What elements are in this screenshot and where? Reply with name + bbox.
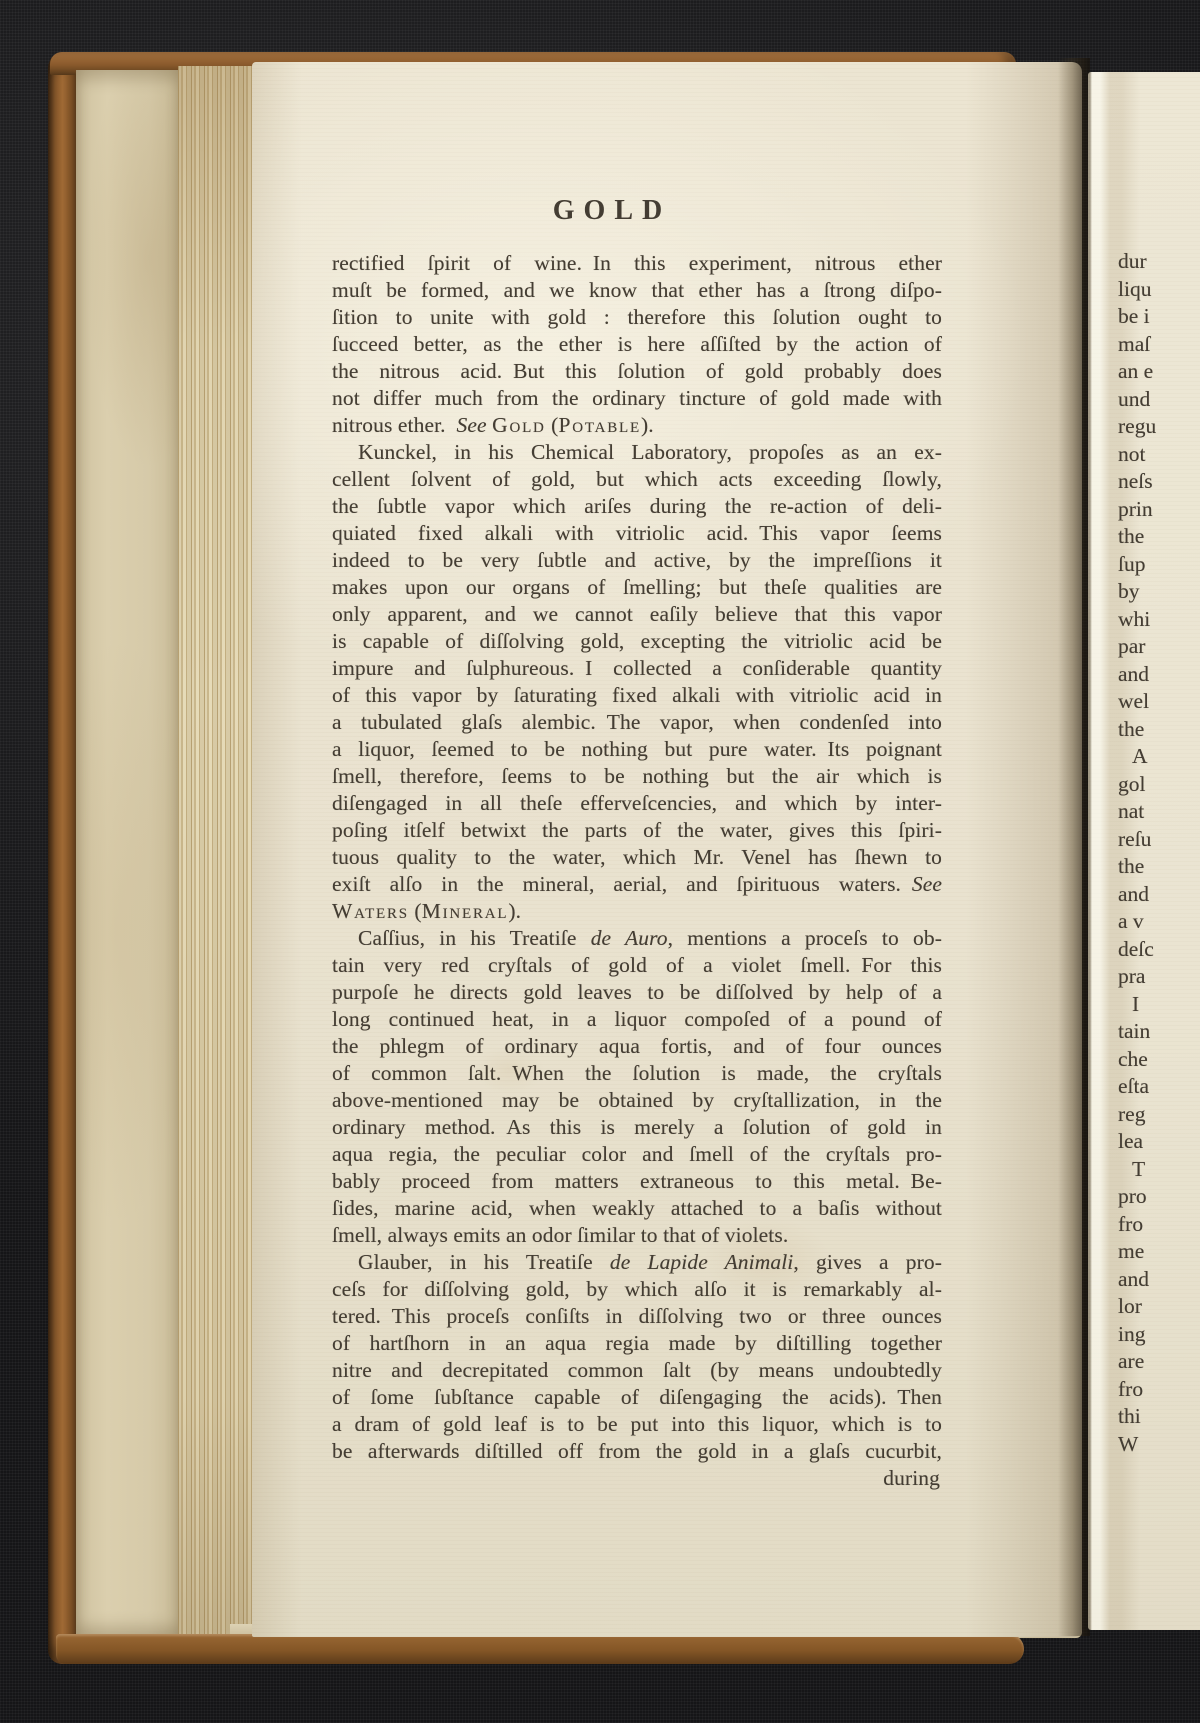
right-page-text-line: a v [1118, 908, 1200, 936]
right-page-text-line: fro [1118, 1376, 1200, 1404]
right-page-text-line: ſup [1118, 551, 1200, 579]
text-line: ceſs for diſſolving gold, by which alſo … [332, 1276, 942, 1303]
right-page-text-line: are [1118, 1348, 1200, 1376]
text-line: poſing itſelf betwixt the parts of the w… [332, 817, 942, 844]
text-line: of this vapor by ſaturating fixed alkali… [332, 682, 942, 709]
right-page-text-line: pro [1118, 1183, 1200, 1211]
text-line: cellent ſolvent of gold, but which acts … [332, 466, 942, 493]
right-page-text-line: be i [1118, 303, 1200, 331]
right-page-text-line: reg [1118, 1101, 1200, 1129]
text-line: nitre and decrepitated common ſalt (by m… [332, 1357, 942, 1384]
text-line: a tubulated glaſs alembic. The vapor, wh… [332, 709, 942, 736]
right-page-text-line: reſu [1118, 826, 1200, 854]
book-gutter-endpaper [76, 70, 180, 1636]
gutter-shadow [1058, 58, 1090, 1636]
text-line: the phlegm of ordinary aqua fortis, and … [332, 1033, 942, 1060]
book-photo: GOLD rectified ſpirit of wine. In this e… [0, 0, 1200, 1723]
right-page-text-line: thi [1118, 1403, 1200, 1431]
text-line: tuous quality to the water, which Mr. Ve… [332, 844, 942, 871]
text-line: muſt be formed, and we know that ether h… [332, 277, 942, 304]
right-page-text-line: neſs [1118, 468, 1200, 496]
right-page-text-line: lor [1118, 1293, 1200, 1321]
right-page-text-line: maſ [1118, 331, 1200, 359]
text-line: impure and ſulphureous. I collected a co… [332, 655, 942, 682]
text-line: ſmell, always emits an odor ſimilar to t… [332, 1222, 942, 1249]
right-page-text-line: I [1118, 991, 1200, 1019]
right-page-text-line: par [1118, 633, 1200, 661]
body-paragraphs: rectified ſpirit of wine. In this experi… [332, 250, 942, 1465]
text-line: purpoſe he directs gold leaves to be diſ… [332, 979, 942, 1006]
text-line: above-mentioned may be obtained by cryſt… [332, 1087, 942, 1114]
text-line: quiated fixed alkali with vitriolic acid… [332, 520, 942, 547]
right-page-text-line: che [1118, 1046, 1200, 1074]
right-page-text-line: and [1118, 1266, 1200, 1294]
book-cover-bottom-edge [56, 1634, 1024, 1664]
page-heading: GOLD [307, 196, 917, 226]
text-line: long continued heat, in a liquor compoſe… [332, 1006, 942, 1033]
text-line: of hartſhorn in an aqua regia made by di… [332, 1330, 942, 1357]
right-page-text-line: W [1118, 1431, 1200, 1459]
right-page-text-line: wel [1118, 688, 1200, 716]
text-line: makes upon our organs of ſmelling; but t… [332, 574, 942, 601]
text-line: of ſome ſubſtance capable of diſengaging… [332, 1384, 942, 1411]
right-page-text-line: and [1118, 881, 1200, 909]
text-line: rectified ſpirit of wine. In this experi… [332, 250, 942, 277]
small-caps-text: Waters [332, 899, 409, 923]
italic-text: de Lapide Animali [610, 1250, 793, 1274]
italic-text: See [457, 413, 487, 437]
right-page-text-line: nat [1118, 798, 1200, 826]
right-page-text-line: dur [1118, 248, 1200, 276]
right-page-text-line: deſc [1118, 936, 1200, 964]
right-page-text-line: and [1118, 661, 1200, 689]
left-page: GOLD rectified ſpirit of wine. In this e… [252, 62, 1082, 1637]
right-page-partial: durliqube imaſan eundregunotneſsprintheſ… [1088, 72, 1200, 1630]
right-page-text-line: prin [1118, 496, 1200, 524]
right-page-text-line: the [1118, 716, 1200, 744]
text-line: ſition to unite with gold : therefore th… [332, 304, 942, 331]
catchword: during [332, 1465, 942, 1492]
text-line: ſmell, therefore, ſeems to be nothing bu… [332, 763, 942, 790]
right-page-text-line: A [1118, 743, 1200, 771]
text-line: Caſſius, in his Treatiſe de Auro, mentio… [332, 925, 942, 952]
text-line: Waters (Mineral). [332, 898, 942, 925]
text-line: Glauber, in his Treatiſe de Lapide Anima… [332, 1249, 942, 1276]
right-page-text-line: T [1118, 1156, 1200, 1184]
right-page-text-line: liqu [1118, 276, 1200, 304]
text-line: bably proceed from matters extraneous to… [332, 1168, 942, 1195]
right-page-text-line: an e [1118, 358, 1200, 386]
text-line: exiſt alſo in the mineral, aerial, and ſ… [332, 871, 942, 898]
text-line: of common ſalt. When the ſolution is mad… [332, 1060, 942, 1087]
right-page-text-line: und [1118, 386, 1200, 414]
right-page-text-line: fro [1118, 1211, 1200, 1239]
right-page-text-line: pra [1118, 963, 1200, 991]
right-page-text-line: whi [1118, 606, 1200, 634]
text-line: diſengaged in all theſe efferveſcencies,… [332, 790, 942, 817]
text-line: Kunckel, in his Chemical Laboratory, pro… [332, 439, 942, 466]
right-page-text-line: the [1118, 523, 1200, 551]
text-line: ſides, marine acid, when weakly attached… [332, 1195, 942, 1222]
text-line: a liquor, ſeemed to be nothing but pure … [332, 736, 942, 763]
right-page-text-line: tain [1118, 1018, 1200, 1046]
right-page-text-line: ing [1118, 1321, 1200, 1349]
right-page-text-line: lea [1118, 1128, 1200, 1156]
italic-text: See [912, 872, 942, 896]
text-line: a dram of gold leaf is to be put into th… [332, 1411, 942, 1438]
small-caps-text: Potable [558, 413, 641, 437]
text-line: nitrous ether. See Gold (Potable). [332, 412, 942, 439]
right-page-text-line: by [1118, 578, 1200, 606]
text-line: tered. This proceſs conſiſts in diſſolvi… [332, 1303, 942, 1330]
text-line: not differ much from the ordinary tinctu… [332, 385, 942, 412]
text-line: be afterwards diſtilled off from the gol… [332, 1438, 942, 1465]
text-line: the nitrous acid. But this ſolution of g… [332, 358, 942, 385]
italic-text: de Auro [591, 926, 668, 950]
text-line: is capable of diſſolving gold, excepting… [332, 628, 942, 655]
text-line: aqua regia, the peculiar color and ſmell… [332, 1141, 942, 1168]
right-page-text-line: me [1118, 1238, 1200, 1266]
page-edges-band [178, 66, 254, 1638]
right-page-text-line: regu [1118, 413, 1200, 441]
right-page-text-line: eſta [1118, 1073, 1200, 1101]
text-line: indeed to be very ſubtle and active, by … [332, 547, 942, 574]
right-page-text-line: not [1118, 441, 1200, 469]
right-page-text-line: gol [1118, 771, 1200, 799]
small-caps-text: Gold [492, 413, 546, 437]
right-page-text-line: the [1118, 853, 1200, 881]
text-line: ſucceed better, as the ether is here aſſ… [332, 331, 942, 358]
text-column: rectified ſpirit of wine. In this experi… [332, 250, 942, 1492]
small-caps-text: Mineral [422, 899, 509, 923]
text-line: only apparent, and we cannot eaſily beli… [332, 601, 942, 628]
text-line: tain very red cryſtals of gold of a viol… [332, 952, 942, 979]
right-page-text-column: durliqube imaſan eundregunotneſsprintheſ… [1118, 248, 1200, 1458]
text-line: ordinary method. As this is merely a ſol… [332, 1114, 942, 1141]
text-line: the ſubtle vapor which ariſes during the… [332, 493, 942, 520]
